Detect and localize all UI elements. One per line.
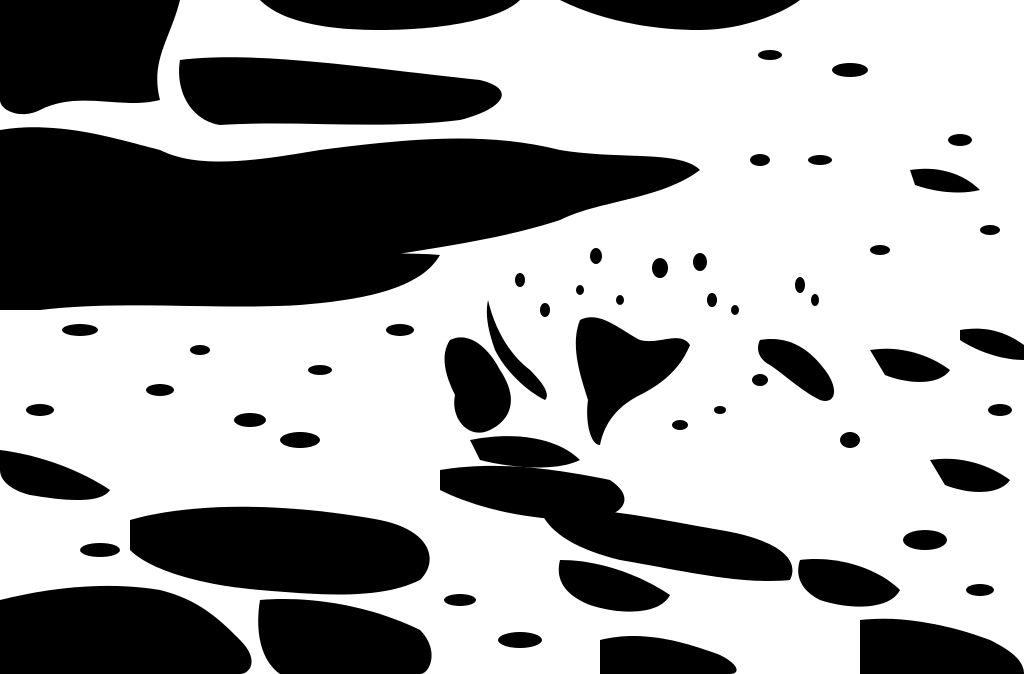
dalmatian-illusion-image: Hidden Dalmatian illusion — high-contras… — [0, 0, 1024, 674]
blotch-canvas — [0, 0, 1024, 674]
